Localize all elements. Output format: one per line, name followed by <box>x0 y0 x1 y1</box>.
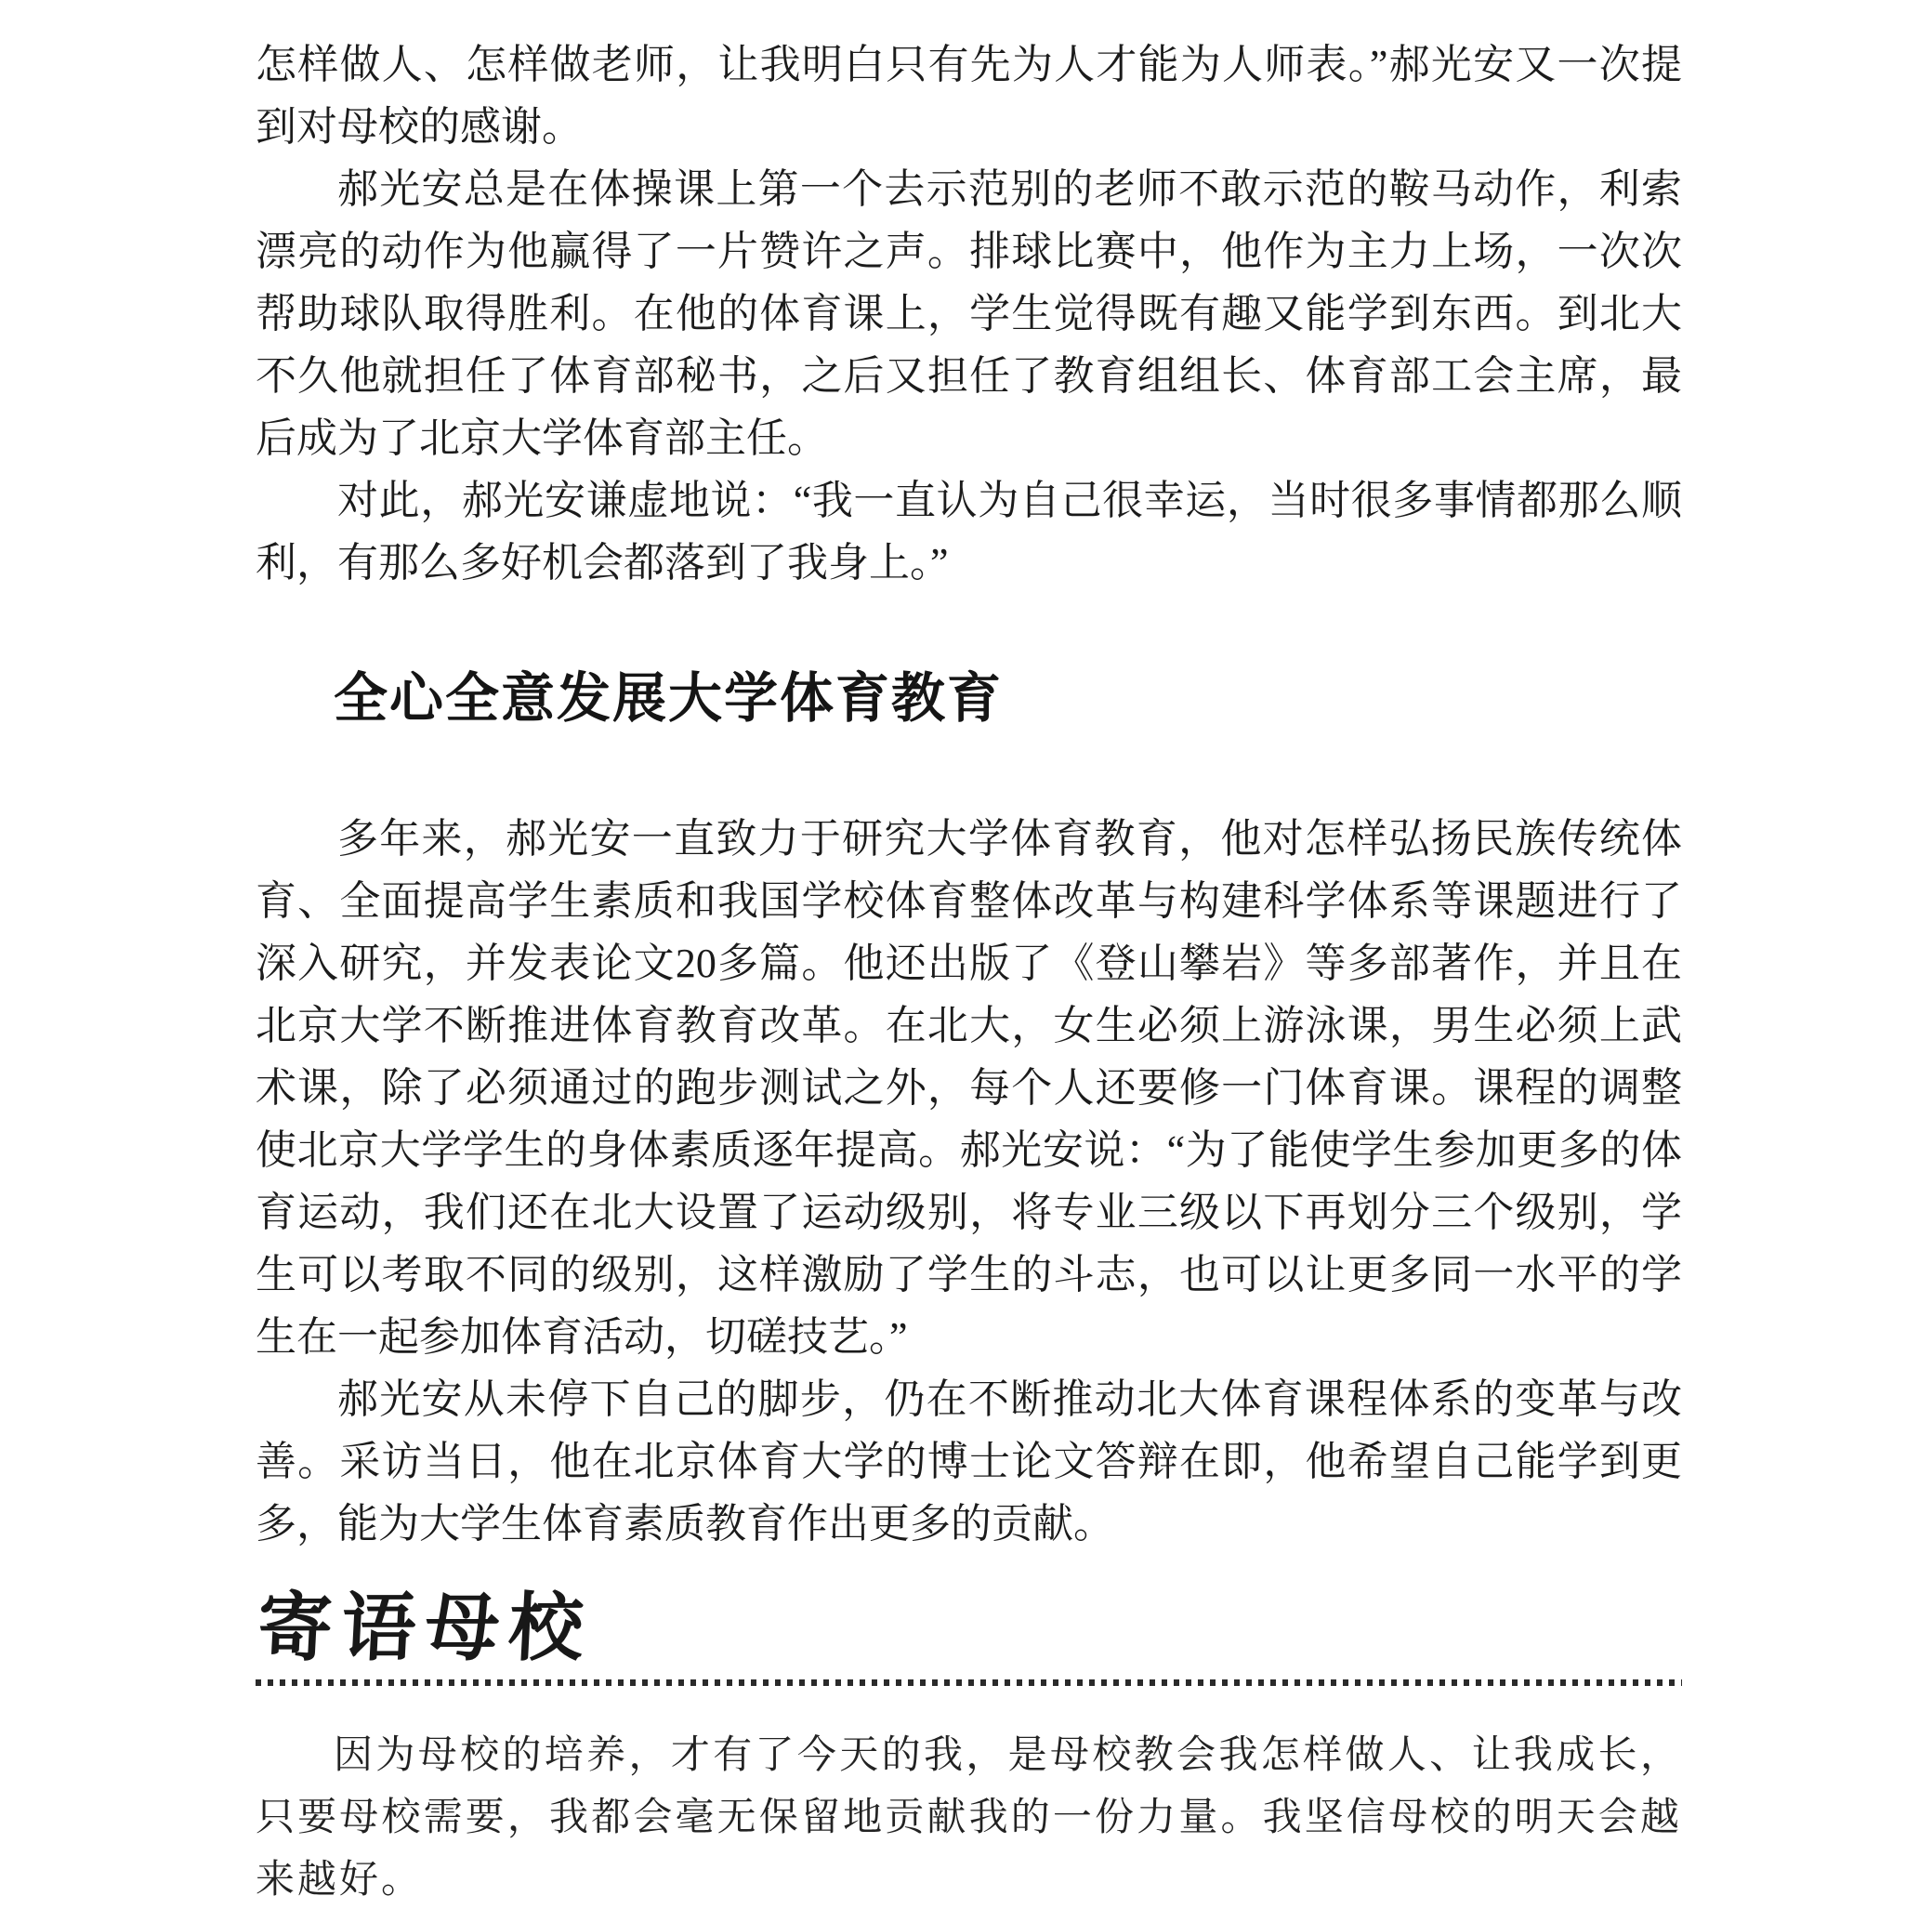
book-page: 怎样做人、怎样做老师，让我明白只有先为人才能为人师表。”郝光安又一次提到对母校的… <box>0 0 1932 1909</box>
dotted-divider <box>256 1679 1682 1686</box>
section-heading: 全心全意发展大学体育教育 <box>256 666 1682 731</box>
continuation-paragraph: 怎样做人、怎样做老师，让我明白只有先为人才能为人师表。”郝光安又一次提到对母校的… <box>256 33 1682 158</box>
paragraph-gymnastics: 郝光安总是在体操课上第一个去示范别的老师不敢示范的鞍马动作，利索漂亮的动作为他赢… <box>256 158 1682 469</box>
message-paragraph: 因为母校的培养，才有了今天的我，是母校教会我怎样做人、让我成长，只要母校需要，我… <box>256 1725 1682 1909</box>
paragraph-never-stops: 郝光安从未停下自己的脚步，仍在不断推动北大体育课程体系的变革与改善。采访当日，他… <box>256 1368 1682 1555</box>
paragraph-humble-quote: 对此，郝光安谦虚地说：“我一直认为自己很幸运，当时很多事情都那么顺利，有那么多好… <box>256 469 1682 594</box>
paragraph-research: 多年来，郝光安一直致力于研究大学体育教育，他对怎样弘扬民族传统体育、全面提高学生… <box>256 808 1682 1368</box>
message-heading: 寄语母校 <box>256 1586 1687 1672</box>
